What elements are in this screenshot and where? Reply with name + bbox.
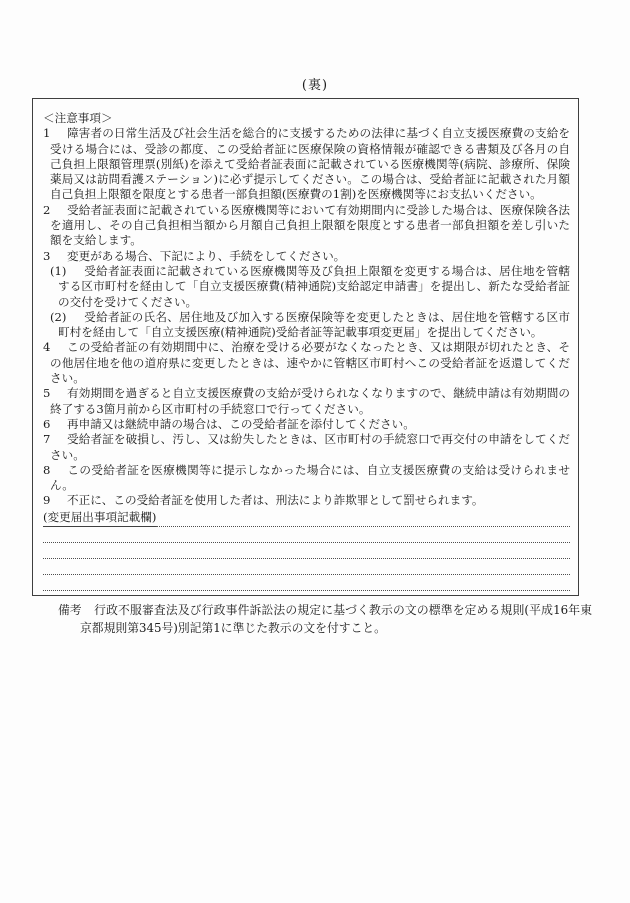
item-number: 8	[43, 463, 67, 478]
document-page: (裏) ＜注意事項＞ 1障害者の日常生活及び社会生活を総合的に支援するための法律…	[0, 0, 630, 903]
item-number: 1	[43, 126, 67, 141]
item-number: 9	[43, 493, 67, 508]
change-notes-field: (変更届出事項記載欄)	[43, 509, 570, 591]
notice-item-7: 7受給者証を破損し、汚し、又は紛失したときは、区市町村の手続窓口で再交付の申請を…	[43, 432, 570, 463]
item-number: 5	[43, 386, 67, 401]
item-number: 2	[43, 203, 67, 218]
item-text: 受給者証表面に記載されている医療機関等において有効期間内に受診した場合は、医療保…	[50, 203, 570, 248]
notice-item-9: 9不正に、この受給者証を使用した者は、刑法により詐欺罪として罰せられます。	[43, 493, 570, 508]
notice-box: ＜注意事項＞ 1障害者の日常生活及び社会生活を総合的に支援するための法律に基づく…	[32, 98, 579, 596]
change-notes-header-line: (変更届出事項記載欄)	[43, 509, 570, 527]
change-notes-line	[43, 575, 570, 591]
item-number: 6	[43, 417, 67, 432]
remarks-text: 行政不服審査法及び行政事件訴訟法の規定に基づく教示の文の標準を定める規則(平成1…	[80, 603, 592, 635]
page-side-label: (裏)	[0, 74, 630, 93]
item-text: 変更がある場合、下記により、手続をしてください。	[67, 249, 345, 263]
notice-item-1: 1障害者の日常生活及び社会生活を総合的に支援するための法律に基づく自立支援医療費…	[43, 126, 570, 202]
remarks-label: 備考	[58, 602, 94, 620]
notice-item-3: 3変更がある場合、下記により、手続をしてください。	[43, 249, 570, 264]
notice-item-4: 4この受給者証の有効期間中に、治療を受ける必要がなくなったとき、又は期限が切れた…	[43, 340, 570, 386]
item-number: 7	[43, 432, 67, 447]
item-number: (2)	[50, 310, 84, 325]
notice-item-2: 2受給者証表面に記載されている医療機関等において有効期間内に受診した場合は、医療…	[43, 203, 570, 249]
notice-item-5: 5有効期間を過ぎると自立支援医療費の支給が受けられなくなりますので、継続申請は有…	[43, 386, 570, 417]
item-number: (1)	[50, 264, 84, 279]
notice-item-6: 6再申請又は継続申請の場合は、この受給者証を添付してください。	[43, 417, 570, 432]
change-notes-line	[43, 527, 570, 543]
item-text: この受給者証の有効期間中に、治療を受ける必要がなくなったとき、又は期限が切れたと…	[50, 340, 570, 385]
notice-heading: ＜注意事項＞	[43, 111, 570, 126]
remarks-note: 備考行政不服審査法及び行政事件訴訟法の規定に基づく教示の文の標準を定める規則(平…	[58, 602, 592, 637]
item-text: 受給者証の氏名、居住地及び加入する医療保険等を変更したときは、居住地を管轄する区…	[58, 310, 570, 339]
item-text: 障害者の日常生活及び社会生活を総合的に支援するための法律に基づく自立支援医療費の…	[50, 126, 570, 201]
notice-item-8: 8この受給者証を医療機関等に提示しなかった場合には、自立支援医療費の支給は受けら…	[43, 463, 570, 494]
item-text: 有効期間を過ぎると自立支援医療費の支給が受けられなくなりますので、継続申請は有効…	[50, 386, 570, 415]
item-text: 受給者証表面に記載されている医療機関等及び負担上限額を変更する場合は、居住地を管…	[58, 264, 570, 309]
item-number: 4	[43, 340, 67, 355]
item-number: 3	[43, 249, 67, 264]
item-text: この受給者証を医療機関等に提示しなかった場合には、自立支援医療費の支給は受けられ…	[50, 463, 570, 492]
item-text: 不正に、この受給者証を使用した者は、刑法により詐欺罪として罰せられます。	[67, 493, 483, 507]
change-notes-line	[43, 543, 570, 559]
change-notes-line	[43, 559, 570, 575]
item-text: 受給者証を破損し、汚し、又は紛失したときは、区市町村の手続窓口で再交付の申請をし…	[50, 432, 570, 461]
change-notes-label: (変更届出事項記載欄)	[43, 510, 156, 526]
notice-item-3-sub-1: (1)受給者証表面に記載されている医療機関等及び負担上限額を変更する場合は、居住…	[50, 264, 570, 310]
change-notes-dotted-rule	[156, 526, 570, 527]
notice-item-3-sub-2: (2)受給者証の氏名、居住地及び加入する医療保険等を変更したときは、居住地を管轄…	[50, 310, 570, 341]
item-text: 再申請又は継続申請の場合は、この受給者証を添付してください。	[67, 417, 415, 431]
